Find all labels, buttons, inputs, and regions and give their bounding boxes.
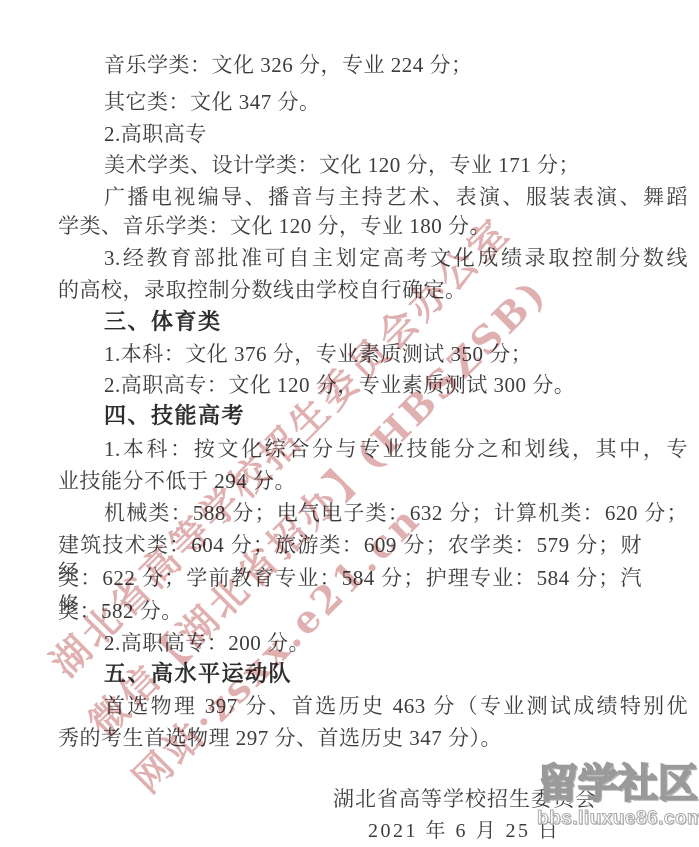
document-line: 机械类：588 分；电气电子类：632 分；计算机类：620 分； [58,500,688,527]
section-heading-high-level-sports-team: 五、高水平运动队 [58,660,688,687]
document-line: 1.本科：文化 376 分，专业素质测试 350 分； [58,341,688,368]
section-heading-skills-exam: 四、技能高考 [58,402,688,429]
document-line: 广播电视编导、播音与主持艺术、表演、服装表演、舞蹈 [58,184,688,211]
document-line: 的高校，录取控制分数线由学校自行确定。 [58,277,642,304]
document-line: 美术学类、设计学类：文化 120 分，专业 171 分； [58,152,688,179]
document-line: 学类、音乐学类：文化 120 分，专业 180 分。 [58,213,642,240]
signature-date: 2021 年 6 月 25 日 [368,814,561,843]
document-line: 其它类：文化 347 分。 [58,89,688,116]
document-line: 首选物理 397 分、首选历史 463 分（专业测试成绩特别优 [58,693,688,720]
document-line: 2.高职高专：文化 120 分，专业素质测试 300 分。 [58,372,688,399]
site-watermark-url: bbs.liuxue86.com [537,808,699,830]
document-line: 音乐学类：文化 326 分，专业 224 分； [58,52,688,79]
document-line: 1.本科：按文化综合分与专业技能分之和划线，其中，专 [58,436,688,463]
document-line: 类：582 分。 [58,598,642,625]
document-line: 2.高职高专：200 分。 [58,630,688,657]
site-watermark-logo: 留学社区 [538,752,698,809]
document-line: 业技能分不低于 294 分。 [58,468,642,495]
document-page: 音乐学类：文化 326 分，专业 224 分； 其它类：文化 347 分。 2.… [0,0,699,847]
section-heading-sports: 三、体育类 [58,308,688,335]
document-line: 2.高职高专 [58,121,688,148]
document-line: 秀的考生首选物理 297 分、首选历史 347 分）。 [58,725,642,752]
document-line: 3.经教育部批准可自主划定高考文化成绩录取控制分数线 [58,245,688,272]
